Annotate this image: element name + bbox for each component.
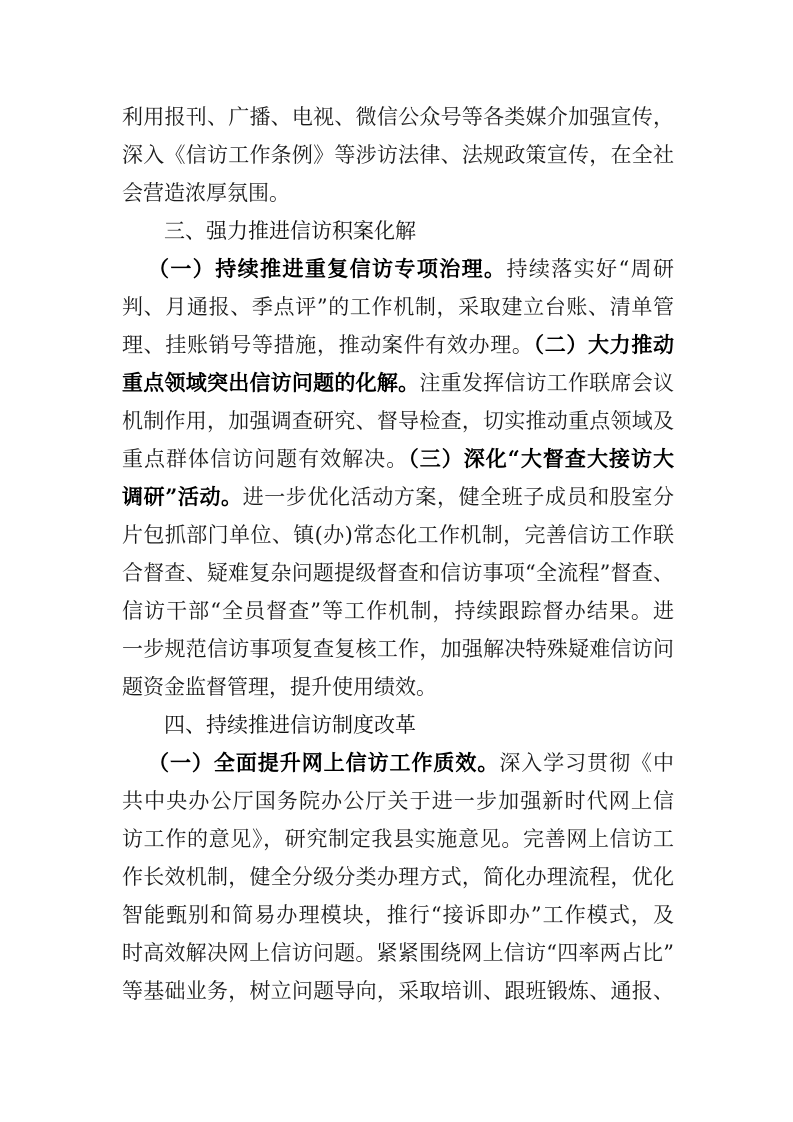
- paragraph-line: 共中央办公厅国务院办公厅关于进一步加强新时代网上信: [122, 782, 674, 820]
- subheading-text: （三）深化“大督查大接访大: [408, 446, 674, 471]
- paragraph-line: 访工作的意见》，研究制定我县实施意见。完善网上信访工: [122, 820, 674, 858]
- paragraph-line: 重点领域突出信访问题的化解。注重发挥信访工作联席会议: [122, 364, 674, 402]
- section-heading-4: 四、持续推进信访制度改革: [164, 706, 674, 744]
- paragraph-line: 调研”活动。进一步优化活动方案，健全班子成员和股室分: [122, 478, 674, 516]
- body-text: 会营造浓厚氛围。: [122, 181, 290, 205]
- paragraph-line: 题资金监督管理，提升使用绩效。: [122, 668, 674, 706]
- body-text: 理、挂账销号等措施，推动案件有效办理。: [122, 333, 534, 357]
- body-text: 一步规范信访事项复查复核工作，加强解决特殊疑难信访问: [122, 637, 674, 661]
- heading-text: 四、持续推进信访制度改革: [164, 713, 416, 737]
- body-text: 持续落实好“周研: [506, 257, 674, 281]
- body-text: 作长效机制，健全分级分类办理方式，简化办理流程，优化: [122, 865, 674, 889]
- paragraph-line: 时高效解决网上信访问题。紧紧围绕网上信访“四率两占比”: [122, 934, 674, 972]
- paragraph-line: 判、月通报、季点评”的工作机制，采取建立台账、清单管: [122, 288, 674, 326]
- paragraph-line: 理、挂账销号等措施，推动案件有效办理。（二）大力推动: [122, 326, 674, 364]
- body-text: 判、月通报、季点评”的工作机制，采取建立台账、清单管: [122, 295, 674, 319]
- body-text: 重点群体信访问题有效解决。: [122, 447, 408, 471]
- body-text: 进一步优化活动方案，健全班子成员和股室分: [243, 485, 674, 509]
- body-text: 等基础业务，树立问题导向，采取培训、跟班锻炼、通报、: [122, 979, 674, 1003]
- paragraph-line: 会营造浓厚氛围。: [122, 174, 674, 212]
- body-text: 合督查、疑难复杂问题提级督查和信访事项“全流程”督查、: [122, 561, 674, 585]
- heading-text: 三、强力推进信访积案化解: [164, 219, 416, 243]
- paragraph-line: （一）持续推进重复信访专项治理。持续落实好“周研: [148, 250, 674, 288]
- body-text: 机制作用，加强调查研究、督导检查，切实推动重点领域及: [122, 409, 674, 433]
- subheading-text: （二）大力推动: [534, 332, 674, 357]
- paragraph-line: 等基础业务，树立问题导向，采取培训、跟班锻炼、通报、: [122, 972, 674, 1010]
- subheading-text: （一）全面提升网上信访工作质效。: [148, 750, 499, 775]
- paragraph-line: 深入《信访工作条例》等涉访法律、法规政策宣传，在全社: [122, 136, 674, 174]
- paragraph-line: （一）全面提升网上信访工作质效。深入学习贯彻《中: [148, 744, 674, 782]
- subheading-text: 调研”活动。: [122, 484, 243, 509]
- paragraph-line: 片包抓部门单位、镇(办)常态化工作机制，完善信访工作联: [122, 516, 674, 554]
- section-heading-3: 三、强力推进信访积案化解: [164, 212, 674, 250]
- body-text: 注重发挥信访工作联席会议: [419, 371, 674, 395]
- paragraph-line: 智能甄别和简易办理模块，推行“接诉即办”工作模式，及: [122, 896, 674, 934]
- document-page: 利用报刊、广播、电视、微信公众号等各类媒介加强宣传， 深入《信访工作条例》等涉访…: [0, 0, 793, 1122]
- paragraph-line: 作长效机制，健全分级分类办理方式，简化办理流程，优化: [122, 858, 674, 896]
- body-text: 信访干部“全员督查”等工作机制，持续跟踪督办结果。进: [122, 599, 674, 623]
- body-text: 题资金监督管理，提升使用绩效。: [122, 675, 437, 699]
- paragraph-line: 信访干部“全员督查”等工作机制，持续跟踪督办结果。进: [122, 592, 674, 630]
- paragraph-line: 合督查、疑难复杂问题提级督查和信访事项“全流程”督查、: [122, 554, 674, 592]
- body-text: 深入《信访工作条例》等涉访法律、法规政策宣传，在全社: [122, 143, 674, 167]
- body-text: 利用报刊、广播、电视、微信公众号等各类媒介加强宣传，: [122, 105, 674, 129]
- body-text: 深入学习贯彻《中: [499, 751, 674, 775]
- paragraph-line: 机制作用，加强调查研究、督导检查，切实推动重点领域及: [122, 402, 674, 440]
- body-text: 访工作的意见》，研究制定我县实施意见。完善网上信访工: [122, 827, 674, 851]
- body-text: 共中央办公厅国务院办公厅关于进一步加强新时代网上信: [122, 789, 674, 813]
- body-text: 时高效解决网上信访问题。紧紧围绕网上信访“四率两占比”: [122, 941, 674, 965]
- paragraph-line: 利用报刊、广播、电视、微信公众号等各类媒介加强宣传，: [122, 98, 674, 136]
- body-text: 片包抓部门单位、镇(办)常态化工作机制，完善信访工作联: [122, 523, 674, 547]
- subheading-text: （一）持续推进重复信访专项治理。: [148, 256, 506, 281]
- paragraph-line: 一步规范信访事项复查复核工作，加强解决特殊疑难信访问: [122, 630, 674, 668]
- subheading-text: 重点领域突出信访问题的化解。: [122, 370, 419, 395]
- paragraph-line: 重点群体信访问题有效解决。（三）深化“大督查大接访大: [122, 440, 674, 478]
- body-text: 智能甄别和简易办理模块，推行“接诉即办”工作模式，及: [122, 903, 674, 927]
